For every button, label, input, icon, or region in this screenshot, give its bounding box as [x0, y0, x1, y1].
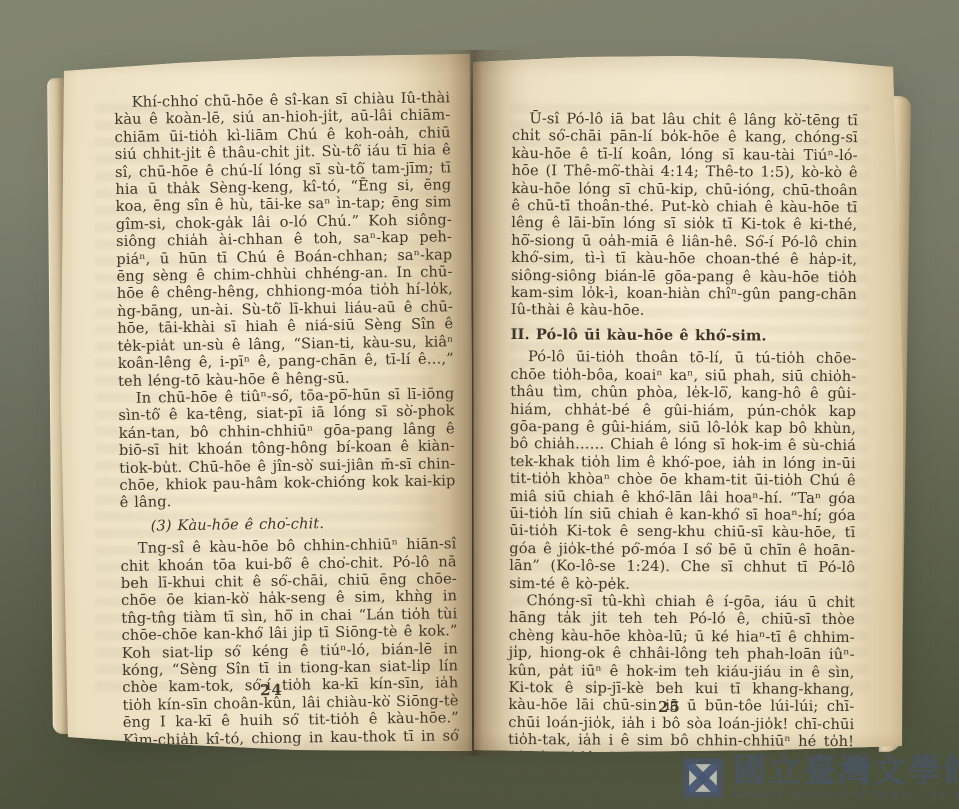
body-paragraph: Khí-chho͘ chū-hōe ê sî-kan sī chiàu Iû-t…: [114, 89, 454, 390]
body-paragraph: Ū-sî Pó-lô iā bat lâu chi̍t ê lâng kò͘-t…: [511, 110, 858, 321]
right-page-text: Ū-sî Pó-lô iā bat lâu chi̍t ê lâng kò͘-t…: [508, 110, 858, 786]
body-paragraph: Pó-lô ūi-tio̍h thoân tō-lí, ū tú-tio̍h c…: [509, 348, 856, 594]
watermark-title-en: National Museum of Taiwan Literature: [733, 789, 959, 802]
left-page: Khí-chho͘ chū-hōe ê sî-kan sī chiàu Iû-t…: [58, 50, 472, 754]
page-number: 24: [260, 681, 283, 699]
watermark-text: 國立臺灣文學館 National Museum of Taiwan Litera…: [733, 754, 959, 802]
page-number: 25: [658, 698, 681, 716]
body-paragraph: In chū-hōe ê tiûⁿ-só͘, tōa-pō͘-hūn sī lī…: [118, 385, 456, 512]
section-heading-bold: II. Pó-lô ūi kàu-hōe ê khó͘-sim.: [511, 326, 857, 346]
section-heading-italic: (3) Kàu-hōe ê cho͘-chit.: [120, 513, 456, 535]
body-paragraph: Tng-sî ê kàu-hōe bô chhin-chhiūⁿ hiān-sî…: [120, 535, 459, 766]
page-edge-shade: [472, 50, 908, 76]
watermark: 國立臺灣文學館 National Museum of Taiwan Litera…: [682, 754, 959, 802]
left-page-text: Khí-chho͘ chū-hōe ê sî-kan sī chiàu Iû-t…: [114, 89, 459, 766]
right-page: Ū-sî Pó-lô iā bat lâu chi̍t ê lâng kò͘-t…: [472, 50, 908, 754]
page-edge-shade: [58, 50, 472, 76]
photo-background: Khí-chho͘ chū-hōe ê sî-kan sī chiàu Iû-t…: [0, 0, 959, 809]
watermark-title-zh: 國立臺灣文學館: [733, 754, 959, 788]
open-book: Khí-chho͘ chū-hōe ê sî-kan sī chiàu Iû-t…: [0, 0, 959, 809]
nmtl-logo-icon: [682, 757, 724, 799]
